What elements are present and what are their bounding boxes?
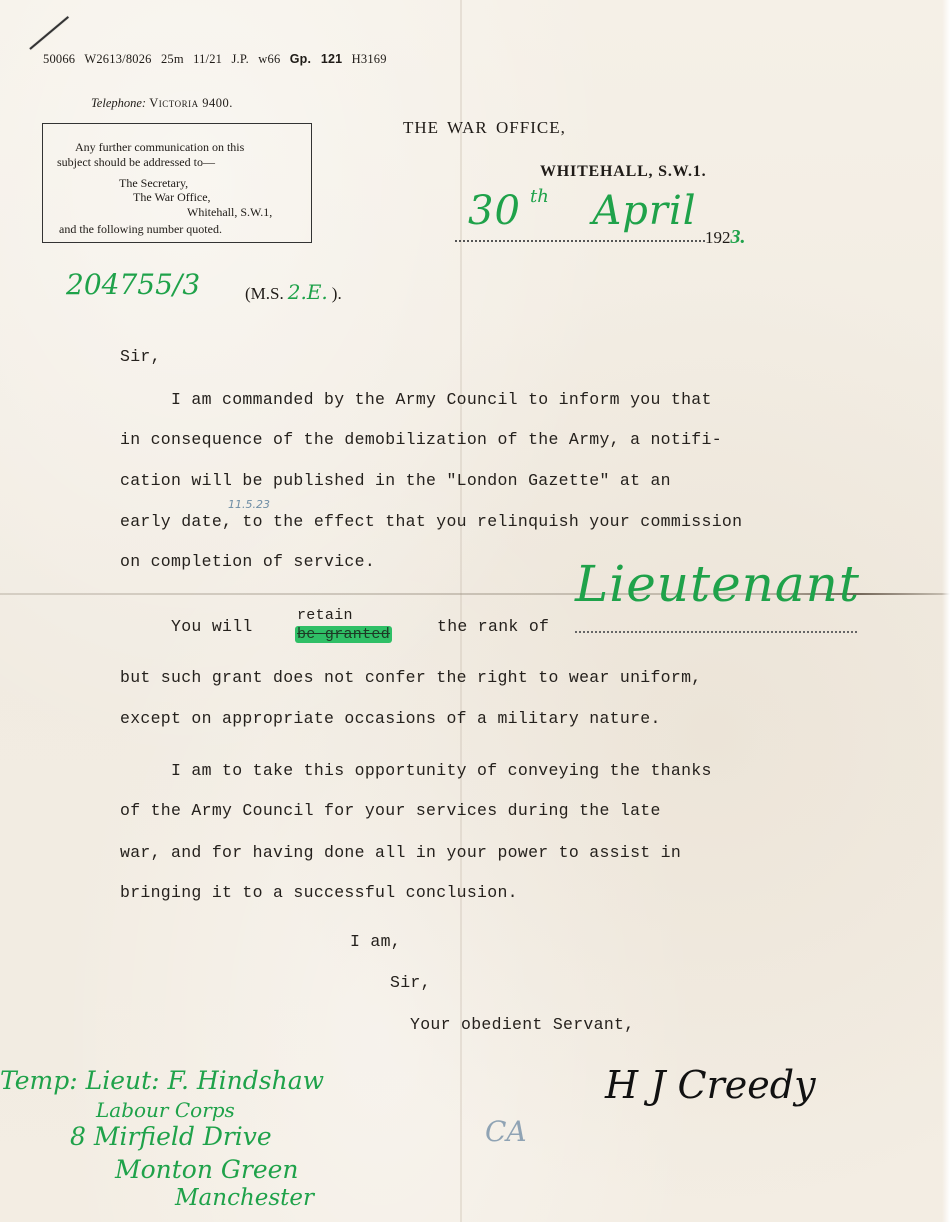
ms-reference: (M.S.2.E.). bbox=[245, 280, 342, 304]
info-line: subject should be addressed to— bbox=[57, 155, 215, 170]
pencil-initials: CA bbox=[485, 1115, 527, 1148]
body-line: I am to take this opportunity of conveyi… bbox=[120, 761, 712, 780]
recipient-district: Monton Green bbox=[115, 1155, 299, 1184]
letterhead-address: WHITEHALL, S.W.1. bbox=[540, 163, 706, 181]
print-group: Gp. 121 bbox=[290, 52, 343, 66]
rank-struck-words: be granted bbox=[295, 626, 392, 643]
ms-suffix: ). bbox=[332, 284, 342, 303]
vertical-fold-crease bbox=[460, 0, 462, 1222]
date-year: 1923. bbox=[705, 226, 746, 249]
recipient-name: Temp: Lieut: F. Hindshaw bbox=[0, 1066, 324, 1095]
recipient-unit: Labour Corps bbox=[96, 1098, 235, 1122]
paper-edge bbox=[942, 0, 950, 1222]
year-handwritten: 3. bbox=[731, 226, 746, 248]
date-handwritten: 30 April bbox=[468, 188, 697, 234]
rank-inserted-word: retain bbox=[297, 607, 353, 624]
closing-line: Your obedient Servant, bbox=[410, 1015, 634, 1034]
body-line: in consequence of the demobilization of … bbox=[120, 430, 722, 449]
correspondence-instructions-box: Any further communication on this subjec… bbox=[42, 123, 312, 243]
date-month: April bbox=[592, 188, 696, 234]
letterhead-office: THE WAR OFFICE, bbox=[403, 118, 566, 138]
body-line: cation will be published in the "London … bbox=[120, 471, 671, 490]
closing-line: Sir, bbox=[390, 973, 431, 992]
info-line: The War Office, bbox=[133, 190, 211, 205]
salutation: Sir, bbox=[120, 347, 161, 366]
body-line: on completion of service. bbox=[120, 552, 375, 571]
signature: H J Creedy bbox=[605, 1063, 816, 1107]
print-code: 50066 bbox=[43, 52, 75, 66]
year-printed: 192 bbox=[705, 228, 731, 247]
print-code-line: 50066 W2613/8026 25m 11/21 J.P. w66 Gp. … bbox=[43, 52, 387, 67]
print-code: w66 bbox=[258, 52, 280, 66]
info-line: and the following number quoted. bbox=[59, 222, 222, 237]
date-day: 30 bbox=[468, 188, 521, 234]
rank-line-middle: the rank of bbox=[437, 617, 549, 636]
reference-number: 204755/3 bbox=[66, 268, 200, 301]
pencil-date-note: 11.5.23 bbox=[228, 498, 270, 511]
telephone-label: Telephone: bbox=[91, 96, 146, 110]
telephone-line: Telephone: Victoria 9400. bbox=[91, 96, 233, 111]
body-line: except on appropriate occasions of a mil… bbox=[120, 709, 661, 728]
body-line: of the Army Council for your services du… bbox=[120, 801, 661, 820]
print-code: 25m bbox=[161, 52, 184, 66]
telephone-number: Victoria 9400. bbox=[149, 96, 233, 110]
staple-mark-icon bbox=[29, 16, 69, 50]
recipient-city: Manchester bbox=[175, 1185, 314, 1211]
ms-prefix: (M.S. bbox=[245, 284, 284, 303]
rank-handwritten: Lieutenant bbox=[575, 555, 860, 613]
info-line: Whitehall, S.W.1, bbox=[187, 205, 272, 220]
body-line: I am commanded by the Army Council to in… bbox=[120, 390, 712, 409]
body-line: bringing it to a successful conclusion. bbox=[120, 883, 518, 902]
ms-handwritten: 2.E. bbox=[288, 280, 328, 304]
closing-line: I am, bbox=[350, 932, 401, 951]
print-code: J.P. bbox=[231, 52, 248, 66]
rank-line-prefix: You will bbox=[120, 617, 253, 636]
info-line: The Secretary, bbox=[119, 176, 188, 191]
print-code: 11/21 bbox=[193, 52, 222, 66]
body-line: war, and for having done all in your pow… bbox=[120, 843, 681, 862]
rank-dotted-line bbox=[575, 630, 857, 633]
info-line: Any further communication on this bbox=[75, 140, 244, 155]
date-suffix: th bbox=[530, 186, 549, 207]
body-line: but such grant does not confer the right… bbox=[120, 668, 702, 687]
body-line: early date, to the effect that you relin… bbox=[120, 512, 742, 531]
print-form-code: H3169 bbox=[352, 52, 387, 66]
recipient-street: 8 Mirfield Drive bbox=[70, 1122, 272, 1151]
print-code: W2613/8026 bbox=[84, 52, 151, 66]
